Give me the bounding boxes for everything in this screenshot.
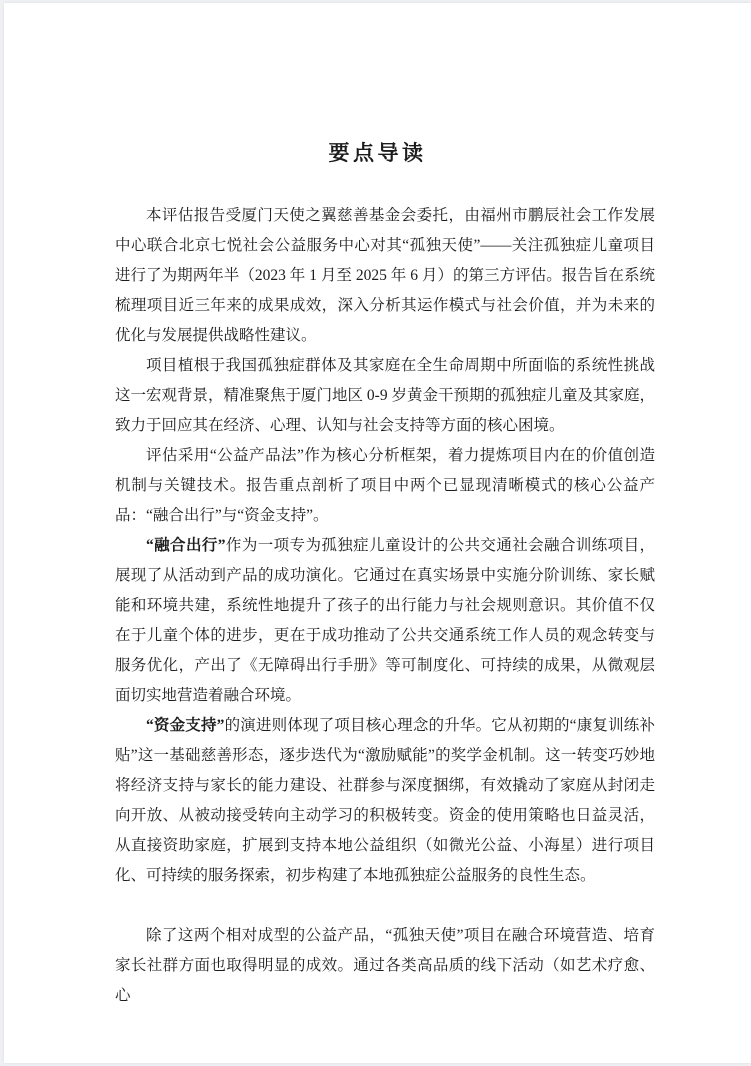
- paragraph: “资金支持”的演进则体现了项目核心理念的升华。它从初期的“康复训练补贴”这一基础…: [115, 711, 655, 891]
- paragraph: 项目植根于我国孤独症群体及其家庭在全生命周期中所面临的系统性挑战这一宏观背景，精…: [115, 351, 655, 441]
- paragraph: 除了这两个相对成型的公益产品，“孤独天使”项目在融合环境营造、培育家长社群方面也…: [115, 921, 655, 1011]
- paragraph: “融合出行”作为一项专为孤独症儿童设计的公共交通社会融合训练项目，展现了从活动到…: [115, 531, 655, 711]
- paragraph-lead: “融合出行”: [146, 537, 226, 554]
- page-title: 要点导读: [4, 140, 751, 166]
- paragraph-lead: “资金支持”: [146, 717, 224, 734]
- document-body: 本评估报告受厦门天使之翼慈善基金会委托，由福州市鹏辰社会工作发展中心联合北京七悦…: [115, 201, 655, 1011]
- paragraph: 评估采用“公益产品法”作为核心分析框架，着力提炼项目内在的价值创造机制与关键技术…: [115, 441, 655, 531]
- document-page: 要点导读 本评估报告受厦门天使之翼慈善基金会委托，由福州市鹏辰社会工作发展中心联…: [4, 3, 751, 1063]
- paragraph: 本评估报告受厦门天使之翼慈善基金会委托，由福州市鹏辰社会工作发展中心联合北京七悦…: [115, 201, 655, 351]
